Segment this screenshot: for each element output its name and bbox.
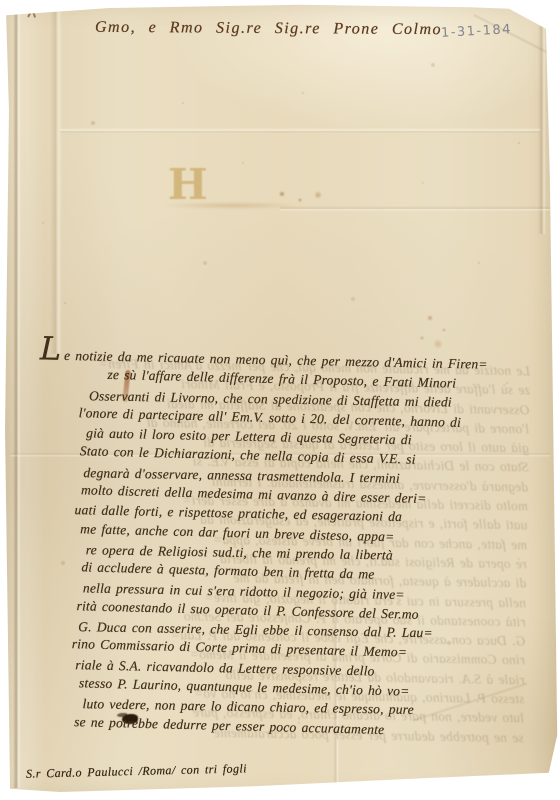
horizontal-crease-upper-right (280, 206, 550, 211)
top-left-fold-mark (24, 5, 42, 19)
archival-number: 1-31-184 (441, 22, 513, 41)
left-secondary-crease (50, 4, 62, 354)
letter-body: Le notizie da me ricauate non meno quì, … (56, 344, 556, 742)
diagonal-crease-top-right (473, 13, 560, 67)
edge-ink-fragment: to (0, 208, 6, 224)
foxing-speckles (0, 0, 2, 2)
paper-sheet: H Gmo, e Rmo Sig.re Sig.re Prone Colmo 1… (0, 0, 560, 800)
salutation-line: Gmo, e Rmo Sig.re Sig.re Prone Colmo (95, 19, 455, 40)
right-crease (538, 4, 546, 234)
brown-dots-stain (272, 186, 332, 206)
docket-line: S.r Card.o Paulucci /Roma/ con tri fogli (26, 761, 247, 781)
edge-ink-fragment: ne (0, 170, 8, 186)
horizontal-crease-top (60, 128, 540, 133)
edge-ink-fragment: ia (0, 130, 6, 146)
